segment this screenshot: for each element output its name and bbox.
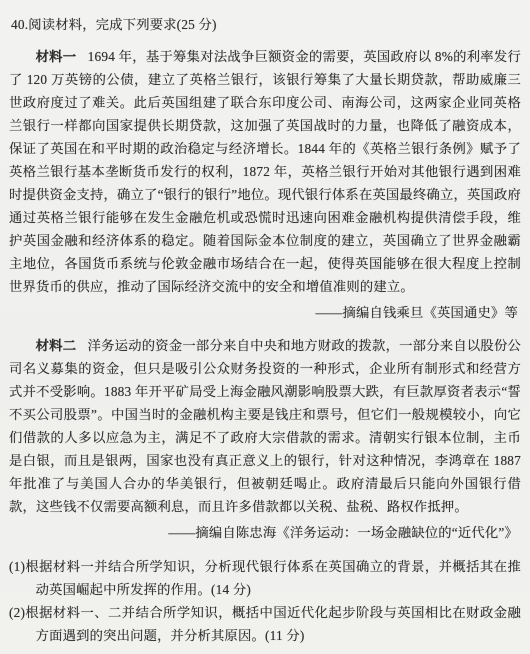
material-two-paragraph: 材料二洋务运动的资金一部分来自中央和地方财政的拨款，一部分来自以股份公司名义募集…: [9, 334, 521, 518]
material-one-paragraph: 材料一1694 年，基于筹集对法战争巨额资金的需要，英国政府以 8%的利率发行了…: [9, 45, 521, 298]
question-header: 40.阅读材料，完成下列要求(25 分): [11, 13, 521, 36]
material-two-attribution: ——摘编自陈忠海《洋务运动：一场金融缺位的“近代化”》: [9, 521, 518, 544]
material-two-text: 洋务运动的资金一部分来自中央和地方财政的拨款，一部分来自以股份公司名义募集的资金…: [9, 338, 521, 514]
material-one-attribution: ——摘编自钱乘旦《英国通史》等: [9, 301, 518, 324]
sub-questions: (1)根据材料一并结合所学知识，分析现代银行体系在英国确立的背景，并概括其在推动…: [9, 555, 521, 647]
sub-question-1: (1)根据材料一并结合所学知识，分析现代银行体系在英国确立的背景，并概括其在推动…: [9, 555, 521, 601]
material-one-label: 材料一: [36, 49, 77, 64]
sub-question-2: (2)根据材料一、二并结合所学知识，概括中国近代化起步阶段与英国相比在财政金融方…: [9, 601, 521, 647]
exam-paper-page: 40.阅读材料，完成下列要求(25 分) 材料一1694 年，基于筹集对法战争巨…: [0, 0, 530, 654]
material-one-text: 1694 年，基于筹集对法战争巨额资金的需要，英国政府以 8%的利率发行了 12…: [9, 49, 521, 294]
material-two-label: 材料二: [36, 338, 77, 353]
